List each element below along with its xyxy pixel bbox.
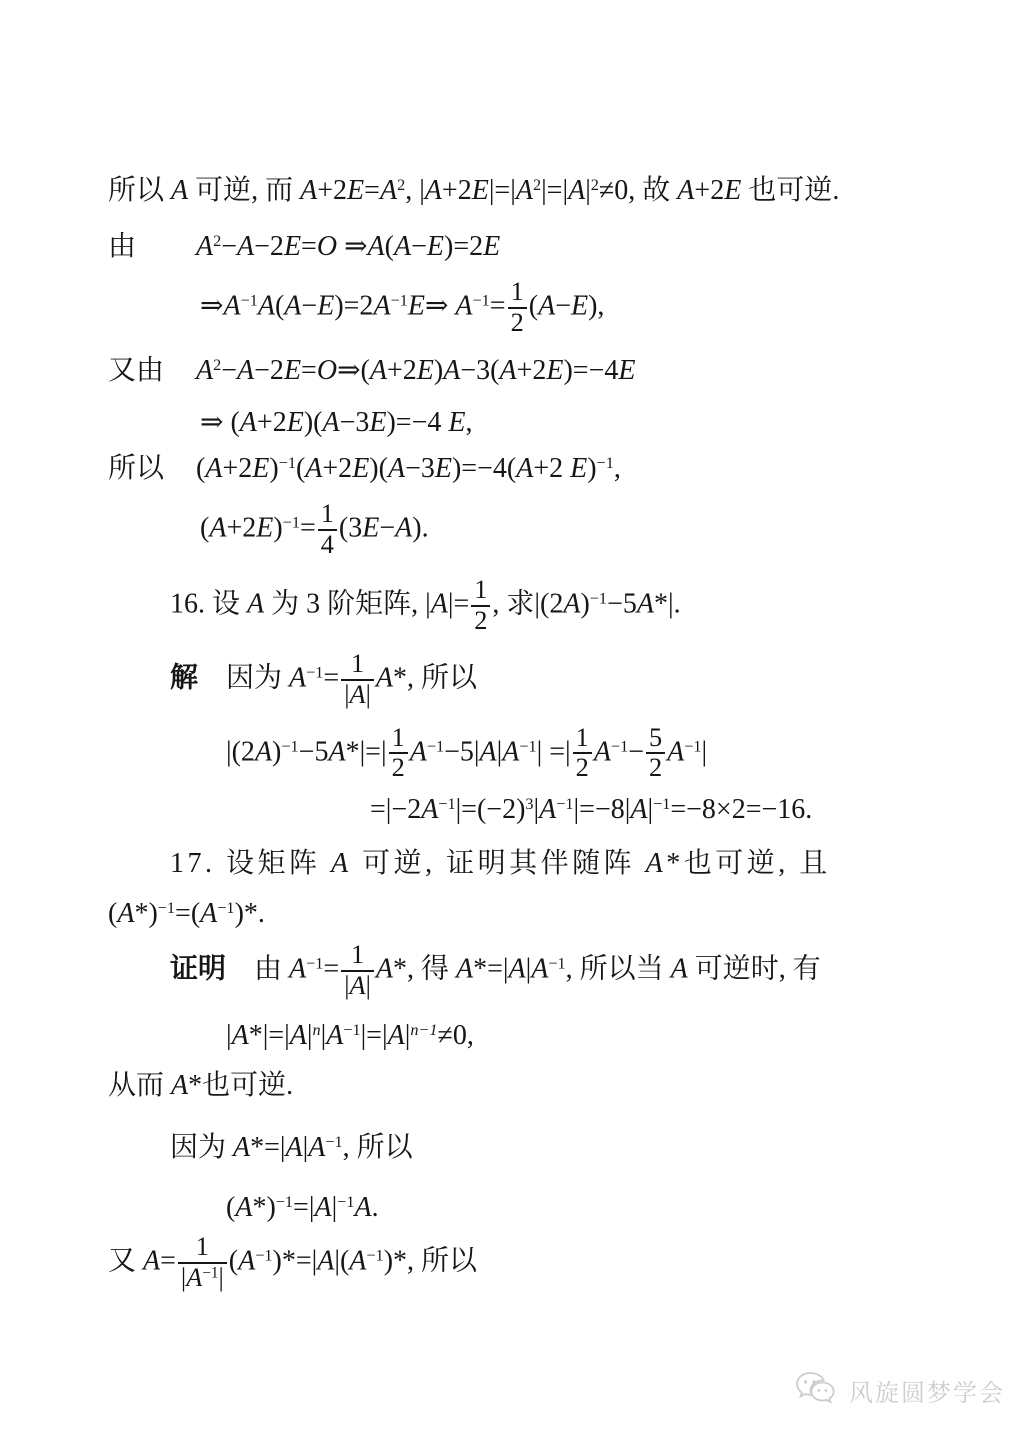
text-run: = [301,355,317,386]
superscript: −1 [473,291,490,309]
fraction: 12 [389,724,408,784]
superscript: −1 [556,795,573,813]
math-line-13: (A*)−1=(A−1)*. [108,895,939,933]
math-line-4: 又由A2−A−2E=O⇒(A+2E)A−3(A+2E)=−4E [108,352,939,390]
math-line-11: =|−2A−1|=(−2)3|A−1|=−8|A|−1=−8×2=−16. [370,791,939,829]
math-variable: A [368,231,385,262]
math-variable: O [317,355,337,386]
math-line-7: (A+2E)−1=14(3E−A). [200,500,939,560]
text-run: 1 [511,277,524,306]
math-variable: A [516,175,533,206]
text-run: |=| [541,175,568,206]
line-label: 所以 [108,450,196,488]
text-run: *也可逆. [188,1070,293,1101]
math-line-19: 又 A=1|A−1|(A−1)*=|A|(A−1)*, 所以 [108,1233,939,1293]
math-variable: E [472,175,489,206]
math-variable: E [284,231,301,262]
math-line-8: 16. 设 A 为 3 阶矩阵, |A|=12, 求|(2A)−1−5A*|. [170,576,939,636]
math-variable: E [483,231,500,262]
text-run: *=| [473,954,508,985]
superscript: −1 [590,589,607,607]
superscript: −1 [255,1247,272,1265]
text-run: − [411,231,427,262]
math-variable: A [667,736,684,767]
math-variable: A [388,1020,405,1051]
math-variable: A [350,971,366,1000]
math-line-17: 因为 A*=|A|A−1, 所以 [170,1129,939,1167]
text-run: )=−4 [386,407,448,438]
math-variable: A [630,794,647,825]
superscript: −1 [366,1247,383,1265]
text-run: ( [385,231,394,262]
math-variable: A [370,355,387,386]
math-variable: O [317,231,337,262]
math-variable: A [568,175,585,206]
math-variable: A [331,848,352,879]
math-line-16: 从而 A*也可逆. [108,1067,939,1105]
text-run: | [702,736,708,767]
math-variable: A [237,355,254,386]
text-run: = [160,1246,176,1277]
text-run: |=−8| [574,794,631,825]
text-run: 5 [649,723,662,752]
math-variable: A [677,175,694,206]
text-run: +2 [317,175,347,206]
math-variable: A [255,736,272,767]
math-variable: E [570,453,587,484]
superscript: −1 [438,795,455,813]
math-variable: A [395,512,412,543]
superscript: 2 [533,176,541,194]
math-variable: A [563,588,580,619]
math-variable: A [186,1263,202,1292]
math-variable: E [287,407,304,438]
text-run: 为 3 阶矩阵, | [264,588,431,619]
text-run: *) [252,1192,275,1223]
text-run: )=2 [444,231,483,262]
text-run: ⇒( [337,355,370,386]
math-variable: E [256,512,273,543]
text-run: 所以 [108,175,171,206]
fraction: 12 [573,724,592,784]
superscript: −1 [217,899,234,917]
text-run: ⇒ [425,290,455,321]
math-variable: E [347,175,364,206]
text-run: 1 [474,575,487,604]
math-variable: A [456,954,473,985]
fraction: 52 [646,724,665,784]
bold-keyword: 解 [170,662,198,693]
text-run: ) [580,588,589,619]
math-variable: A [376,954,393,985]
text-run: ( [108,898,117,929]
superscript: −1 [519,737,536,755]
math-line-10: |(2A)−1−5A*|=|12A−1−5|A|A−1| =|12A−1−52A… [226,724,939,784]
math-line-3: ⇒A−1A(A−E)=2A−1E⇒ A−1=12(A−E), [200,278,939,338]
text-run: +2 [257,407,287,438]
math-variable: A [284,290,301,321]
math-variable: A [247,588,264,619]
math-variable: A [646,848,667,879]
math-variable: A [235,1192,252,1223]
text-run: 又 [108,1246,143,1277]
text-run: +2 [694,175,724,206]
text-run: ( [275,290,284,321]
fraction: 12 [508,278,527,338]
math-variable: A [350,680,366,709]
fraction: 14 [318,500,337,560]
text-run: | [366,971,371,1000]
superscript: 2 [591,176,599,194]
fraction: 1|A| [341,941,374,1001]
math-variable: A [376,662,393,693]
math-variable: A [300,175,317,206]
text-run: − [221,355,237,386]
math-variable: A [349,1246,366,1277]
math-variable: A [425,175,442,206]
text-run: 1 [351,940,364,969]
line-label: 又由 [108,352,196,390]
superscript: −1 [611,737,628,755]
text-run: , 所以当 [566,954,671,985]
superscript: −1 [241,291,258,309]
math-variable: A [322,407,339,438]
text-run: *) [134,898,157,929]
text-run: |=| [489,175,516,206]
math-variable: E [369,407,386,438]
text-run: )=2 [334,290,373,321]
line-label: 由 [108,228,196,266]
text-run: 1 [576,723,589,752]
text-run: ⇒ [200,290,223,321]
text-run: −2 [254,355,284,386]
text-run: +2 [517,355,547,386]
superscript: −1 [548,955,565,973]
text-run: =| [293,1192,314,1223]
math-variable: A [171,175,188,206]
math-variable: E [571,290,588,321]
text-run: ≠0, [438,1020,474,1051]
math-variable: A [317,1246,334,1277]
text-run: |( [334,1246,349,1277]
text-run: ) [273,512,282,543]
math-variable: A [289,662,306,693]
math-variable: A [233,1132,250,1163]
text-run: −5 [607,588,637,619]
math-variable: A [232,1020,249,1051]
text-run: | =| [537,736,571,767]
text-run: − [379,512,395,543]
superscript: −1 [653,795,670,813]
text-run: ( [226,1192,235,1223]
text-run: = [323,954,339,985]
text-run: *也可逆, 且 [666,848,831,879]
text-run: +2 [442,175,472,206]
text-run: (3 [339,512,362,543]
math-variable: E [252,453,269,484]
math-variable: E [284,355,301,386]
text-run: 1 [351,649,364,678]
watermark: 风旋圆梦学会 [795,1371,1005,1409]
text-run: +2 [533,453,570,484]
text-run: 从而 [108,1070,171,1101]
superscript: −1 [158,899,175,917]
text-run: ). [412,512,428,543]
math-line-1: 所以 A 可逆, 而 A+2E=A2, |A+2E|=|A2|=|A|2≠0, … [108,172,939,210]
math-variable: E [408,290,425,321]
text-run: − [555,290,571,321]
text-run: , [466,407,473,438]
math-variable: E [427,231,444,262]
superscript: −1 [276,1193,293,1211]
math-variable: A [209,512,226,543]
text-run: −3( [460,355,499,386]
math-variable: A [223,290,240,321]
text-run: . [372,1192,379,1223]
math-line-14: 证明 由 A−1=1|A|A*, 得 A*=|A|A−1, 所以当 A 可逆时,… [170,941,939,1001]
fraction: 1|A−1| [178,1233,227,1293]
text-run: = [323,662,339,693]
text-run: ) [434,355,443,386]
text-run: +2 [322,453,352,484]
text-run: =( [175,898,200,929]
text-run: 1 [321,499,334,528]
math-line-2: 由A2−A−2E=O ⇒A(A−E)=2E [108,228,939,266]
text-run: ⇒ [337,231,367,262]
superscript: −1 [684,737,701,755]
math-line-18: (A*)−1=|A|−1A. [226,1189,939,1227]
superscript: 2 [397,176,405,194]
superscript: −1 [281,737,298,755]
math-line-9: 解 因为 A−1=1|A|A*, 所以 [170,650,939,710]
math-variable: A [531,954,548,985]
text-run: =−8×2=−16. [670,794,812,825]
superscript: −1 [279,454,296,472]
math-variable: A [305,453,322,484]
text-run: | [219,1263,224,1292]
wechat-chat-bubbles-icon [795,1371,839,1409]
text-run: *|. [654,588,681,619]
text-run: )*, 所以 [384,1246,477,1277]
text-run: −2 [254,231,284,262]
text-run: | [366,680,371,709]
text-run: 1 [196,1232,209,1261]
math-variable: E [618,355,635,386]
superscript: −1 [337,1193,354,1211]
superscript: 3 [525,795,533,813]
text-run: ( [196,453,205,484]
text-run: ⇒ ( [200,407,240,438]
text-run: )*. [235,898,265,929]
superscript: −1 [202,1265,218,1282]
math-variable: A [205,453,222,484]
text-run: )=−4 [563,355,618,386]
superscript: −1 [306,663,323,681]
text-run: 可逆时, 有 [688,954,821,985]
superscript: n [312,1021,320,1039]
math-variable: E [417,355,434,386]
fraction: 1|A| [341,650,374,710]
math-variable: A [538,290,555,321]
math-variable: A [421,794,438,825]
text-run: 4 [321,530,334,559]
text-run: |(2 [226,736,255,767]
text-run: 2 [392,753,405,782]
text-run: *, 所以 [393,662,477,693]
math-variable: E [362,512,379,543]
superscript: −1 [306,955,323,973]
math-variable: A [431,588,448,619]
text-run: )( [369,453,388,484]
math-variable: E [435,453,452,484]
math-variable: A [286,1132,303,1163]
math-variable: A [289,954,306,985]
text-run: ( [296,453,305,484]
math-variable: A [117,898,134,929]
math-variable: A [258,290,275,321]
math-variable: A [509,954,526,985]
math-variable: A [380,175,397,206]
math-line-12: 17. 设矩阵 A 可逆, 证明其伴随阵 A*也可逆, 且 [170,845,939,883]
text-run: 可逆, 而 [188,175,300,206]
text-run: − [628,736,644,767]
text-run: 17. 设矩阵 [170,848,331,879]
text-run: +2 [226,512,256,543]
text-run: 2 [649,753,662,782]
text-run: −3 [340,407,370,438]
math-variable: A [394,231,411,262]
math-variable: A [443,355,460,386]
math-variable: A [238,1246,255,1277]
math-variable: E [352,453,369,484]
text-run: )*=| [273,1246,318,1277]
math-variable: A [594,736,611,767]
text-run: 2 [474,606,487,635]
math-variable: E [317,290,334,321]
text-run: 1 [392,723,405,752]
math-variable: A [388,453,405,484]
text-run: +2 [222,453,252,484]
math-variable: A [637,588,654,619]
text-run: 2 [576,753,589,782]
text-run: ( [229,1246,238,1277]
superscript: −1 [325,1133,342,1151]
math-variable: A [455,290,472,321]
math-variable: A [196,355,213,386]
math-variable: A [671,954,688,985]
superscript: −1 [427,737,444,755]
text-run: ( [200,512,209,543]
math-variable: E [546,355,563,386]
text-run: , 所以 [343,1132,413,1163]
text-run: *, 得 [393,954,456,985]
text-run: = [364,175,380,206]
math-variable: A [290,1020,307,1051]
text-run: |= [448,588,469,619]
text-run: = [300,512,316,543]
math-variable: A [502,736,519,767]
text-run: 也可逆. [741,175,839,206]
math-variable: A [410,736,427,767]
math-variable: A [480,736,497,767]
text-run: = [490,290,506,321]
math-variable: A [516,453,533,484]
math-variable: A [171,1070,188,1101]
math-variable: E [448,407,465,438]
text-run: − [221,231,237,262]
math-variable: A [499,355,516,386]
solution-text-block: 所以 A 可逆, 而 A+2E=A2, |A+2E|=|A2|=|A|2≠0, … [108,172,939,1293]
text-run: *|=| [346,736,387,767]
text-run: ) [272,736,281,767]
math-variable: A [354,1192,371,1223]
math-line-15: |A*|=|A|n|A−1|=|A|n−1≠0, [226,1017,939,1055]
math-line-5: ⇒ (A+2E)(A−3E)=−4 E, [200,404,939,442]
superscript: n−1 [410,1021,437,1039]
math-variable: A [143,1246,160,1277]
text-run: 由 [226,954,289,985]
text-run: , [614,453,621,484]
math-variable: A [240,407,257,438]
math-variable: A [539,794,556,825]
text-run: 可逆, 证明其伴随阵 [352,848,646,879]
text-run: |=(−2) [456,794,526,825]
math-variable: A [200,898,217,929]
text-run: ( [529,290,538,321]
math-variable: A [373,290,390,321]
superscript: −1 [343,1021,360,1039]
text-run: , | [405,175,425,206]
text-run: 16. 设 [170,588,247,619]
math-variable: A [308,1132,325,1163]
text-run: ), [588,290,604,321]
text-run: − [301,290,317,321]
text-run: 因为 [170,1132,233,1163]
text-run: +2 [387,355,417,386]
text-run: −5| [444,736,479,767]
math-variable: E [724,175,741,206]
bold-keyword: 证明 [170,954,226,985]
text-run: −3 [405,453,435,484]
text-run: )=−4( [452,453,516,484]
math-variable: A [196,231,213,262]
watermark-label: 风旋圆梦学会 [849,1373,1005,1408]
text-run: 2 [511,308,524,337]
text-run: *=| [250,1132,285,1163]
math-variable: A [237,231,254,262]
math-variable: A [326,1020,343,1051]
text-run: ) [269,453,278,484]
superscript: −1 [391,291,408,309]
text-run: *|=| [249,1020,290,1051]
math-variable: A [328,736,345,767]
math-line-6: 所以(A+2E)−1(A+2E)(A−3E)=−4(A+2 E)−1, [108,450,939,488]
text-run: , 求|(2 [492,588,563,619]
text-run: −5 [299,736,329,767]
text-run: )( [304,407,323,438]
superscript: −1 [597,454,614,472]
math-variable: A [314,1192,331,1223]
superscript: −1 [283,513,300,531]
text-run: =|−2 [370,794,421,825]
text-run: ) [587,453,596,484]
text-run: = [301,231,317,262]
text-run: ≠0, 故 [599,175,677,206]
fraction: 12 [471,576,490,636]
text-run: |=| [361,1020,388,1051]
text-run: 因为 [198,662,289,693]
